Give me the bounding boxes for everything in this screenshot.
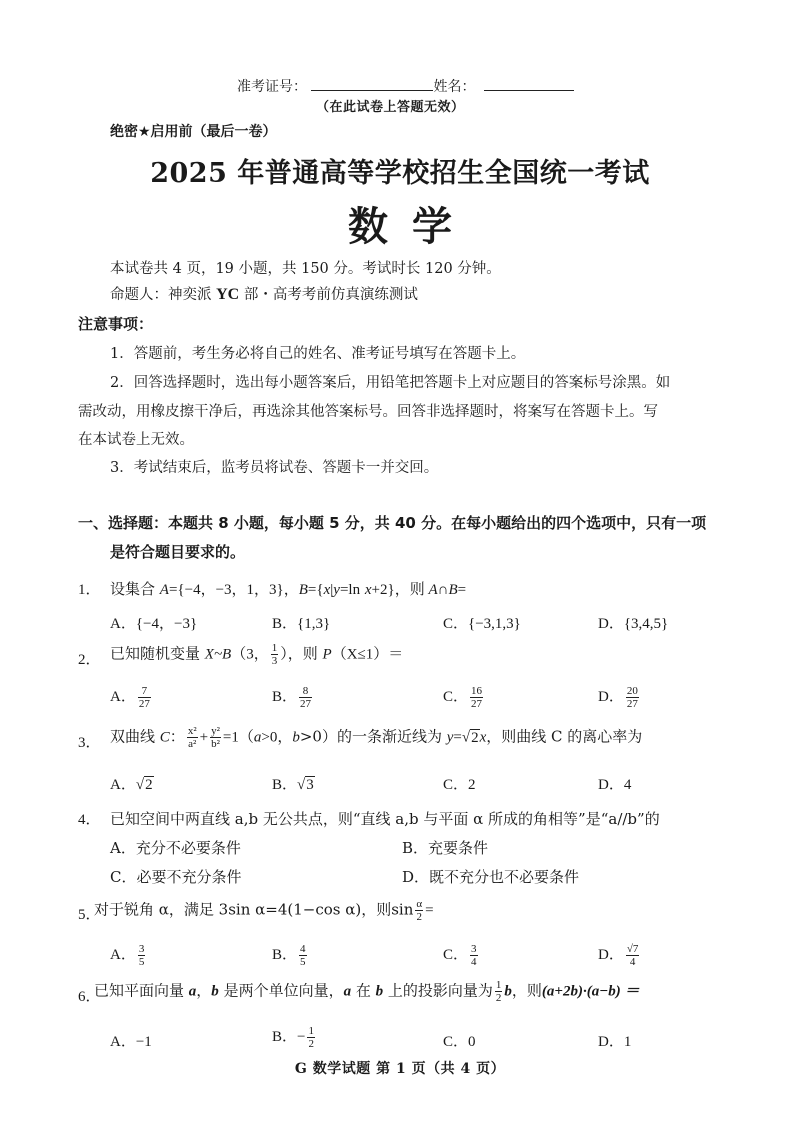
notice-heading: 注意事项： [78,313,153,334]
notice-item-3: 3．考试结束后，监考员将试卷、答题卡一并交回。 [110,456,438,477]
exam-id-label: 准考证号： [237,79,307,95]
question-1-option-a: A．{−4，−3} [110,612,197,633]
section-heading-cont: 是符合题目要求的。 [110,541,245,562]
question-4-option-c: C．必要不充分条件 [110,866,241,887]
exam-author: 命题人：神奕派 YC 部・高考考前仿真演练测试 [110,283,418,304]
question-4-stem: 已知空间中两直线 a,b 无公共点，则“直线 a,b 与平面 α 所成的角相等”… [110,808,660,829]
question-5-option-a: A．35 [110,943,147,968]
question-2-option-d: D．2027 [598,685,641,710]
question-5-stem: 对于锐角 α，满足 3sin α=4(1−cos α)，则sinα2= [94,898,434,923]
question-5-option-c: C．34 [443,943,480,968]
question-3-stem: 双曲线 C：x²a²+y²b²=1（a>0，b>0）的一条渐近线为 y=√2x，… [110,725,642,750]
page-footer: G 数学试题 第 1 页（共 4 页） [0,1058,800,1078]
notice-item-2-cont2: 在本试卷上无效。 [78,428,194,449]
question-3-number: 3． [78,731,101,752]
candidate-info-line: 准考证号： 姓名： [237,76,574,96]
question-2-option-c: C．1627 [443,685,485,710]
question-1-option-c: C．{−3,1,3} [443,612,521,633]
exam-id-field[interactable] [311,77,433,91]
question-4-number: 4． [78,808,101,829]
question-3-option-c: C．2 [443,773,476,794]
notice-item-2-cont: 需改动，用橡皮擦干净后，再选涂其他答案标号。回答非选择题时，将案写在答题卡上。写 [78,400,658,421]
question-4-option-b: B．充要条件 [402,837,488,858]
question-6-option-d: D．1 [598,1030,631,1051]
question-6-stem: 已知平面向量 a，b 是两个单位向量，a 在 b 上的投影向量为12b，则(a+… [94,979,640,1004]
notice-item-2: 2．回答选择题时，选出每小题答案后，用铅笔把答题卡上对应题目的答案标号涂黑。如 [110,371,670,392]
notice-item-1: 1．答题前，考生务必将自己的姓名、准考证号填写在答题卡上。 [110,342,525,363]
question-6-option-c: C．0 [443,1030,476,1051]
exam-meta: 本试卷共 4 页，19 小题，共 150 分。考试时长 120 分钟。 [110,257,501,278]
main-title: 2025 年普通高等学校招生全国统一考试 [0,151,800,190]
question-6-option-a: A．−1 [110,1030,152,1051]
name-field[interactable] [484,77,574,91]
question-2-stem: 已知随机变量 X~B（3，13），则 P（X≤1）＝ [110,642,403,667]
subject-title: 数学 [0,195,800,252]
question-1-option-b: B．{1,3} [272,612,330,633]
question-4-option-a: A．充分不必要条件 [110,837,241,858]
question-2-option-a: A．727 [110,685,153,710]
question-3-option-b: B．√3 [272,773,315,794]
question-5-option-b: B．45 [272,943,309,968]
question-6-option-b: B．−12 [272,1025,317,1050]
author-prefix: 命题人：神奕派 [110,287,216,303]
section-heading: 一、选择题：本题共 8 小题，每小题 5 分，共 40 分。在每小题给出的四个选… [78,512,706,533]
question-1-stem: 设集合 A={−4，−3，1，3}，B={x|y=ln x+2}，则 A∩B= [110,578,466,599]
question-1-number: 1． [78,578,101,599]
name-label: 姓名： [433,79,475,95]
author-suffix: 部・高考考前仿真演练测试 [239,287,418,303]
question-4-option-d: D．既不充分也不必要条件 [402,866,579,887]
question-2-option-b: B．827 [272,685,314,710]
question-1-option-d: D．{3,4,5} [598,612,668,633]
secret-label: 绝密★启用前（最后一卷） [110,121,277,141]
fraction: 13 [271,642,279,667]
question-3-option-d: D．4 [598,773,631,794]
question-5-option-d: D．√74 [598,943,641,968]
question-2-number: 2． [78,648,101,669]
invalid-note: （在此试卷上答题无效） [316,96,465,115]
question-3-option-a: A．√2 [110,773,154,794]
author-bold: YC [216,286,239,303]
